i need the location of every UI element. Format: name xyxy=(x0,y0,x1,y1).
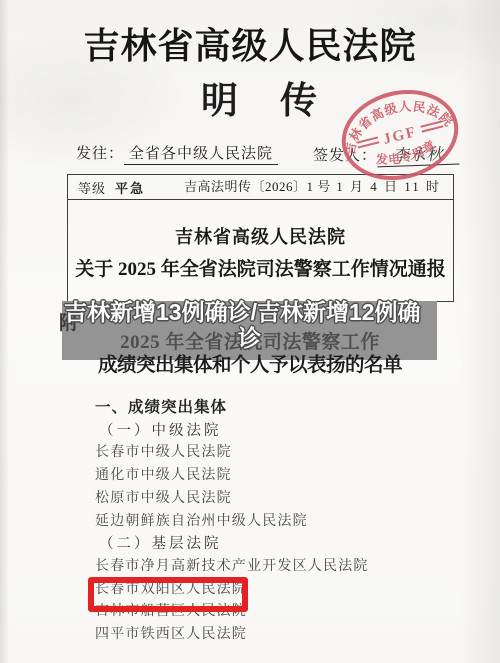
seal-monogram: JGF xyxy=(382,124,419,148)
list-item: 松原市中级人民法院 xyxy=(95,488,455,511)
highlight-box xyxy=(88,577,248,612)
list-subheading: （二）基层法院 xyxy=(95,533,455,556)
send-to-line: 发往：全省各中级人民法院 xyxy=(76,142,278,165)
doc-type-char-1: 明 xyxy=(201,70,238,124)
grade-value: 平急 xyxy=(115,181,145,196)
list-item: 四平市铁西区人民法院 xyxy=(95,624,455,647)
ticker-headline-line2: 诊 xyxy=(62,325,437,352)
document-photo: 吉林省高级人民法院 明 传 吉林省高级人民法院 JGF 发电专用章 发往：全省各… xyxy=(0,0,500,663)
letterhead-title: 吉林省高级人民法院 xyxy=(0,18,500,69)
notice-title-line2: 关于 2025 年全省法院司法警察工作情况通报 xyxy=(68,254,453,281)
grade-cell: 等级平急 xyxy=(68,178,145,197)
list-item: 长春市中级人民法院 xyxy=(95,442,455,465)
send-to-value: 全省各中级人民法院 xyxy=(124,142,278,165)
grade-label: 等级 xyxy=(78,181,106,196)
list-item: 长春市净月高新技术产业开发区人民法院 xyxy=(95,556,455,579)
seal-ring-text: 吉林省高级人民法院 xyxy=(333,87,460,160)
list-section-heading: 一、成绩突出集体 xyxy=(95,397,455,420)
ticker-headline-line1: 吉林新增13例确诊/吉林新增12例确 xyxy=(62,299,437,326)
document-header-box: 等级平急 吉高法明传〔2026〕1 号 1 月 4 日 11 时 吉林省高级人民… xyxy=(67,174,454,302)
attachment-title-line2: 成绩突出集体和个人予以表扬的名单 xyxy=(0,349,500,377)
list-subheading: （一）中级法院 xyxy=(95,420,455,443)
list-item: 通化市中级人民法院 xyxy=(95,465,455,488)
svg-text:吉林省高级人民法院: 吉林省高级人民法院 xyxy=(333,87,460,160)
doc-number: 吉高法明传〔2026〕1 号 xyxy=(184,175,331,198)
send-to-label: 发往： xyxy=(76,146,124,162)
doc-type-char-2: 传 xyxy=(280,70,317,124)
notice-title-line1: 吉林省高级人民法院 xyxy=(68,223,453,249)
list-item: 延边朝鲜族自治州中级人民法院 xyxy=(95,511,455,534)
